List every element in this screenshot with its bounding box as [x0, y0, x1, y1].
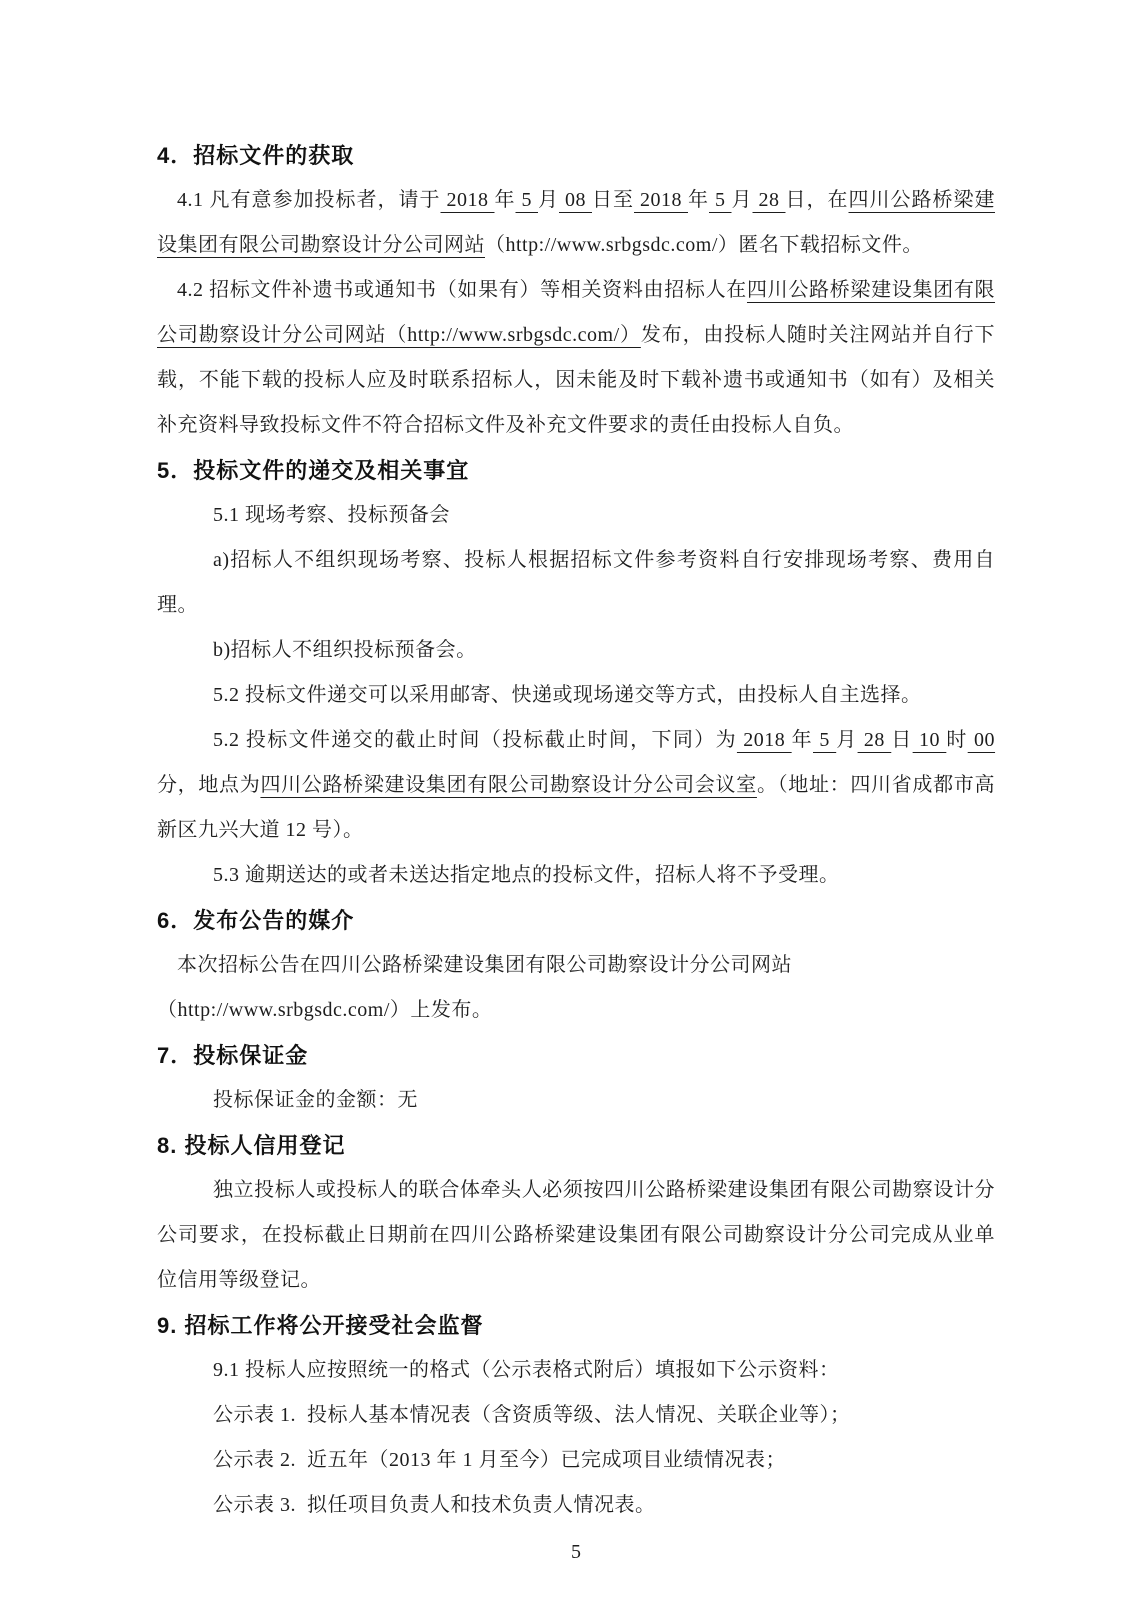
text-segment: 本次招标公告在四川公路桥梁建设集团有限公司勘察设计分公司网站 — [177, 954, 792, 976]
text-segment: 公示表 2. 近五年（2013 年 1 月至今）已完成项目业绩情况表； — [213, 1449, 786, 1471]
text-segment: 月 — [836, 729, 857, 751]
paragraph: 公示表 2. 近五年（2013 年 1 月至今）已完成项目业绩情况表； — [157, 1438, 995, 1483]
paragraph: 4.1 凡有意参加投标者，请于 2018 年 5 月 08 日至 2018 年 … — [157, 178, 995, 268]
paragraph: 公示表 1. 投标人基本情况表（含资质等级、法人情况、关联企业等）； — [157, 1393, 995, 1438]
text-segment: 年 — [792, 729, 813, 751]
page-number: 5 — [157, 1530, 995, 1575]
underlined-text: 10 — [913, 729, 947, 751]
paragraph: b)招标人不组织投标预备会。 — [157, 628, 995, 673]
paragraph: 独立投标人或投标人的联合体牵头人必须按四川公路桥梁建设集团有限公司勘察设计分公司… — [157, 1168, 995, 1303]
underlined-text: 四川公路桥梁建设集团有限公司勘察设计分公司会议室 — [260, 774, 757, 796]
underlined-text: 5 — [516, 189, 539, 211]
paragraph: 5.2 投标文件递交的截止时间（投标截止时间，下同）为 2018 年 5 月 2… — [157, 718, 995, 853]
text-segment: b)招标人不组织投标预备会。 — [213, 639, 477, 661]
text-segment: 4.2 招标文件补遗书或通知书（如果有）等相关资料由招标人在 — [177, 279, 747, 301]
paragraph: 4.2 招标文件补遗书或通知书（如果有）等相关资料由招标人在四川公路桥梁建设集团… — [157, 268, 995, 448]
paragraph: a)招标人不组织现场考察、投标人根据招标文件参考资料自行安排现场考察、费用自理。 — [157, 538, 995, 628]
underlined-text: 5 — [709, 189, 732, 211]
paragraph: 投标保证金的金额：无 — [157, 1078, 995, 1123]
document-page: 4．招标文件的获取4.1 凡有意参加投标者，请于 2018 年 5 月 08 日… — [0, 0, 1131, 1600]
section-heading: 4．招标文件的获取 — [157, 133, 995, 178]
text-segment: （http://www.srbgsdc.com/）匿名下载招标文件。 — [485, 234, 923, 256]
text-segment: （http://www.srbgsdc.com/）上发布。 — [157, 999, 492, 1021]
text-segment: 月 — [732, 189, 753, 211]
text-segment: a)招标人不组织现场考察、投标人根据招标文件参考资料自行安排现场考察、费用自理。 — [157, 549, 995, 616]
underlined-text: 2018 — [441, 189, 495, 211]
text-segment: 独立投标人或投标人的联合体牵头人必须按四川公路桥梁建设集团有限公司勘察设计分公司… — [157, 1179, 995, 1291]
paragraph: 5.2 投标文件递交可以采用邮寄、快递或现场递交等方式，由投标人自主选择。 — [157, 673, 995, 718]
text-segment: 日，在 — [786, 189, 849, 211]
underlined-text: 2018 — [634, 189, 688, 211]
text-segment: 9.1 投标人应按照统一的格式（公示表格式附后）填报如下公示资料： — [213, 1359, 840, 1381]
underlined-text: 28 — [858, 729, 892, 751]
paragraph: 本次招标公告在四川公路桥梁建设集团有限公司勘察设计分公司网站（http://ww… — [157, 943, 995, 1033]
paragraph: 5.1 现场考察、投标预备会 — [157, 493, 995, 538]
text-segment: 公示表 1. 投标人基本情况表（含资质等级、法人情况、关联企业等）； — [213, 1404, 851, 1426]
section-heading: 5．投标文件的递交及相关事宜 — [157, 448, 995, 493]
underlined-text: 00 — [968, 729, 995, 751]
text-segment: 4.1 凡有意参加投标者，请于 — [177, 189, 441, 211]
underlined-text: 28 — [753, 189, 786, 211]
paragraph: 公示表 3. 拟任项目负责人和技术负责人情况表。 — [157, 1483, 995, 1528]
underlined-text: 5 — [813, 729, 836, 751]
text-segment: 日 — [891, 729, 912, 751]
underlined-text: 2018 — [737, 729, 792, 751]
text-segment: 日至 — [592, 189, 634, 211]
text-segment: 年 — [495, 189, 516, 211]
text-segment: 月 — [538, 189, 559, 211]
underlined-text: 08 — [559, 189, 592, 211]
paragraph: 9.1 投标人应按照统一的格式（公示表格式附后）填报如下公示资料： — [157, 1348, 995, 1393]
text-segment: 公示表 3. 拟任项目负责人和技术负责人情况表。 — [213, 1494, 656, 1516]
paragraph: 5.3 逾期送达的或者未送达指定地点的投标文件，招标人将不予受理。 — [157, 853, 995, 898]
section-heading: 7．投标保证金 — [157, 1033, 995, 1078]
text-segment: 投标保证金的金额：无 — [213, 1089, 418, 1111]
text-segment: 5.1 现场考察、投标预备会 — [213, 504, 450, 526]
section-heading: 6．发布公告的媒介 — [157, 898, 995, 943]
section-heading: 8. 投标人信用登记 — [157, 1123, 995, 1168]
text-segment: 分，地点为 — [157, 774, 260, 796]
text-segment: 5.2 投标文件递交可以采用邮寄、快递或现场递交等方式，由投标人自主选择。 — [213, 684, 922, 706]
document-content: 4．招标文件的获取4.1 凡有意参加投标者，请于 2018 年 5 月 08 日… — [157, 133, 995, 1575]
text-segment: 年 — [688, 189, 709, 211]
section-heading: 9. 招标工作将公开接受社会监督 — [157, 1303, 995, 1348]
text-segment: 5.2 投标文件递交的截止时间（投标截止时间，下同）为 — [213, 729, 737, 751]
text-segment: 5.3 逾期送达的或者未送达指定地点的投标文件，招标人将不予受理。 — [213, 864, 840, 886]
text-segment: 时 — [946, 729, 967, 751]
